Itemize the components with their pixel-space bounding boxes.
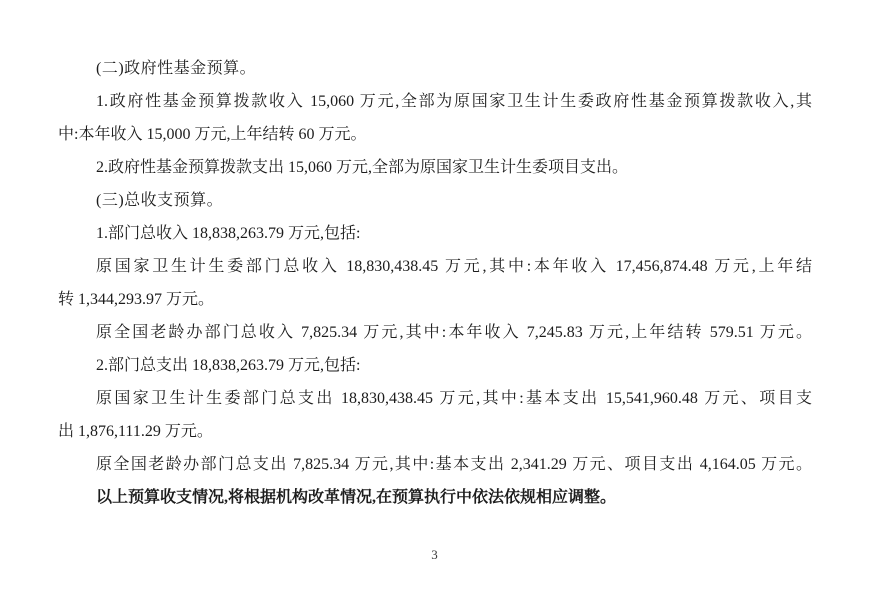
- document-line: 1.政府性基金预算拨款收入 15,060 万元,全部为原国家卫生计生委政府性基金…: [58, 85, 812, 118]
- document-line: 以上预算收支情况,将根据机构改革情况,在预算执行中依法依规相应调整。: [58, 481, 812, 514]
- document-line: 1.部门总收入 18,838,263.79 万元,包括:: [58, 217, 812, 250]
- document-body: (二)政府性基金预算。1.政府性基金预算拨款收入 15,060 万元,全部为原国…: [0, 0, 869, 514]
- document-line: 转 1,344,293.97 万元。: [58, 283, 812, 316]
- document-line: 原国家卫生计生委部门总支出 18,830,438.45 万元,其中:基本支出 1…: [58, 382, 812, 415]
- page-number: 3: [0, 547, 869, 563]
- document-line: (二)政府性基金预算。: [58, 52, 812, 85]
- document-line: 原全国老龄办部门总收入 7,825.34 万元,其中:本年收入 7,245.83…: [58, 316, 812, 349]
- document-line: 原全国老龄办部门总支出 7,825.34 万元,其中:基本支出 2,341.29…: [58, 448, 812, 481]
- document-line: 中:本年收入 15,000 万元,上年结转 60 万元。: [58, 118, 812, 151]
- document-line: 2.部门总支出 18,838,263.79 万元,包括:: [58, 349, 812, 382]
- document-page: (二)政府性基金预算。1.政府性基金预算拨款收入 15,060 万元,全部为原国…: [0, 0, 869, 607]
- document-line: 出 1,876,111.29 万元。: [58, 415, 812, 448]
- document-line: 2.政府性基金预算拨款支出 15,060 万元,全部为原国家卫生计生委项目支出。: [58, 151, 812, 184]
- document-line: (三)总收支预算。: [58, 184, 812, 217]
- document-line: 原国家卫生计生委部门总收入 18,830,438.45 万元,其中:本年收入 1…: [58, 250, 812, 283]
